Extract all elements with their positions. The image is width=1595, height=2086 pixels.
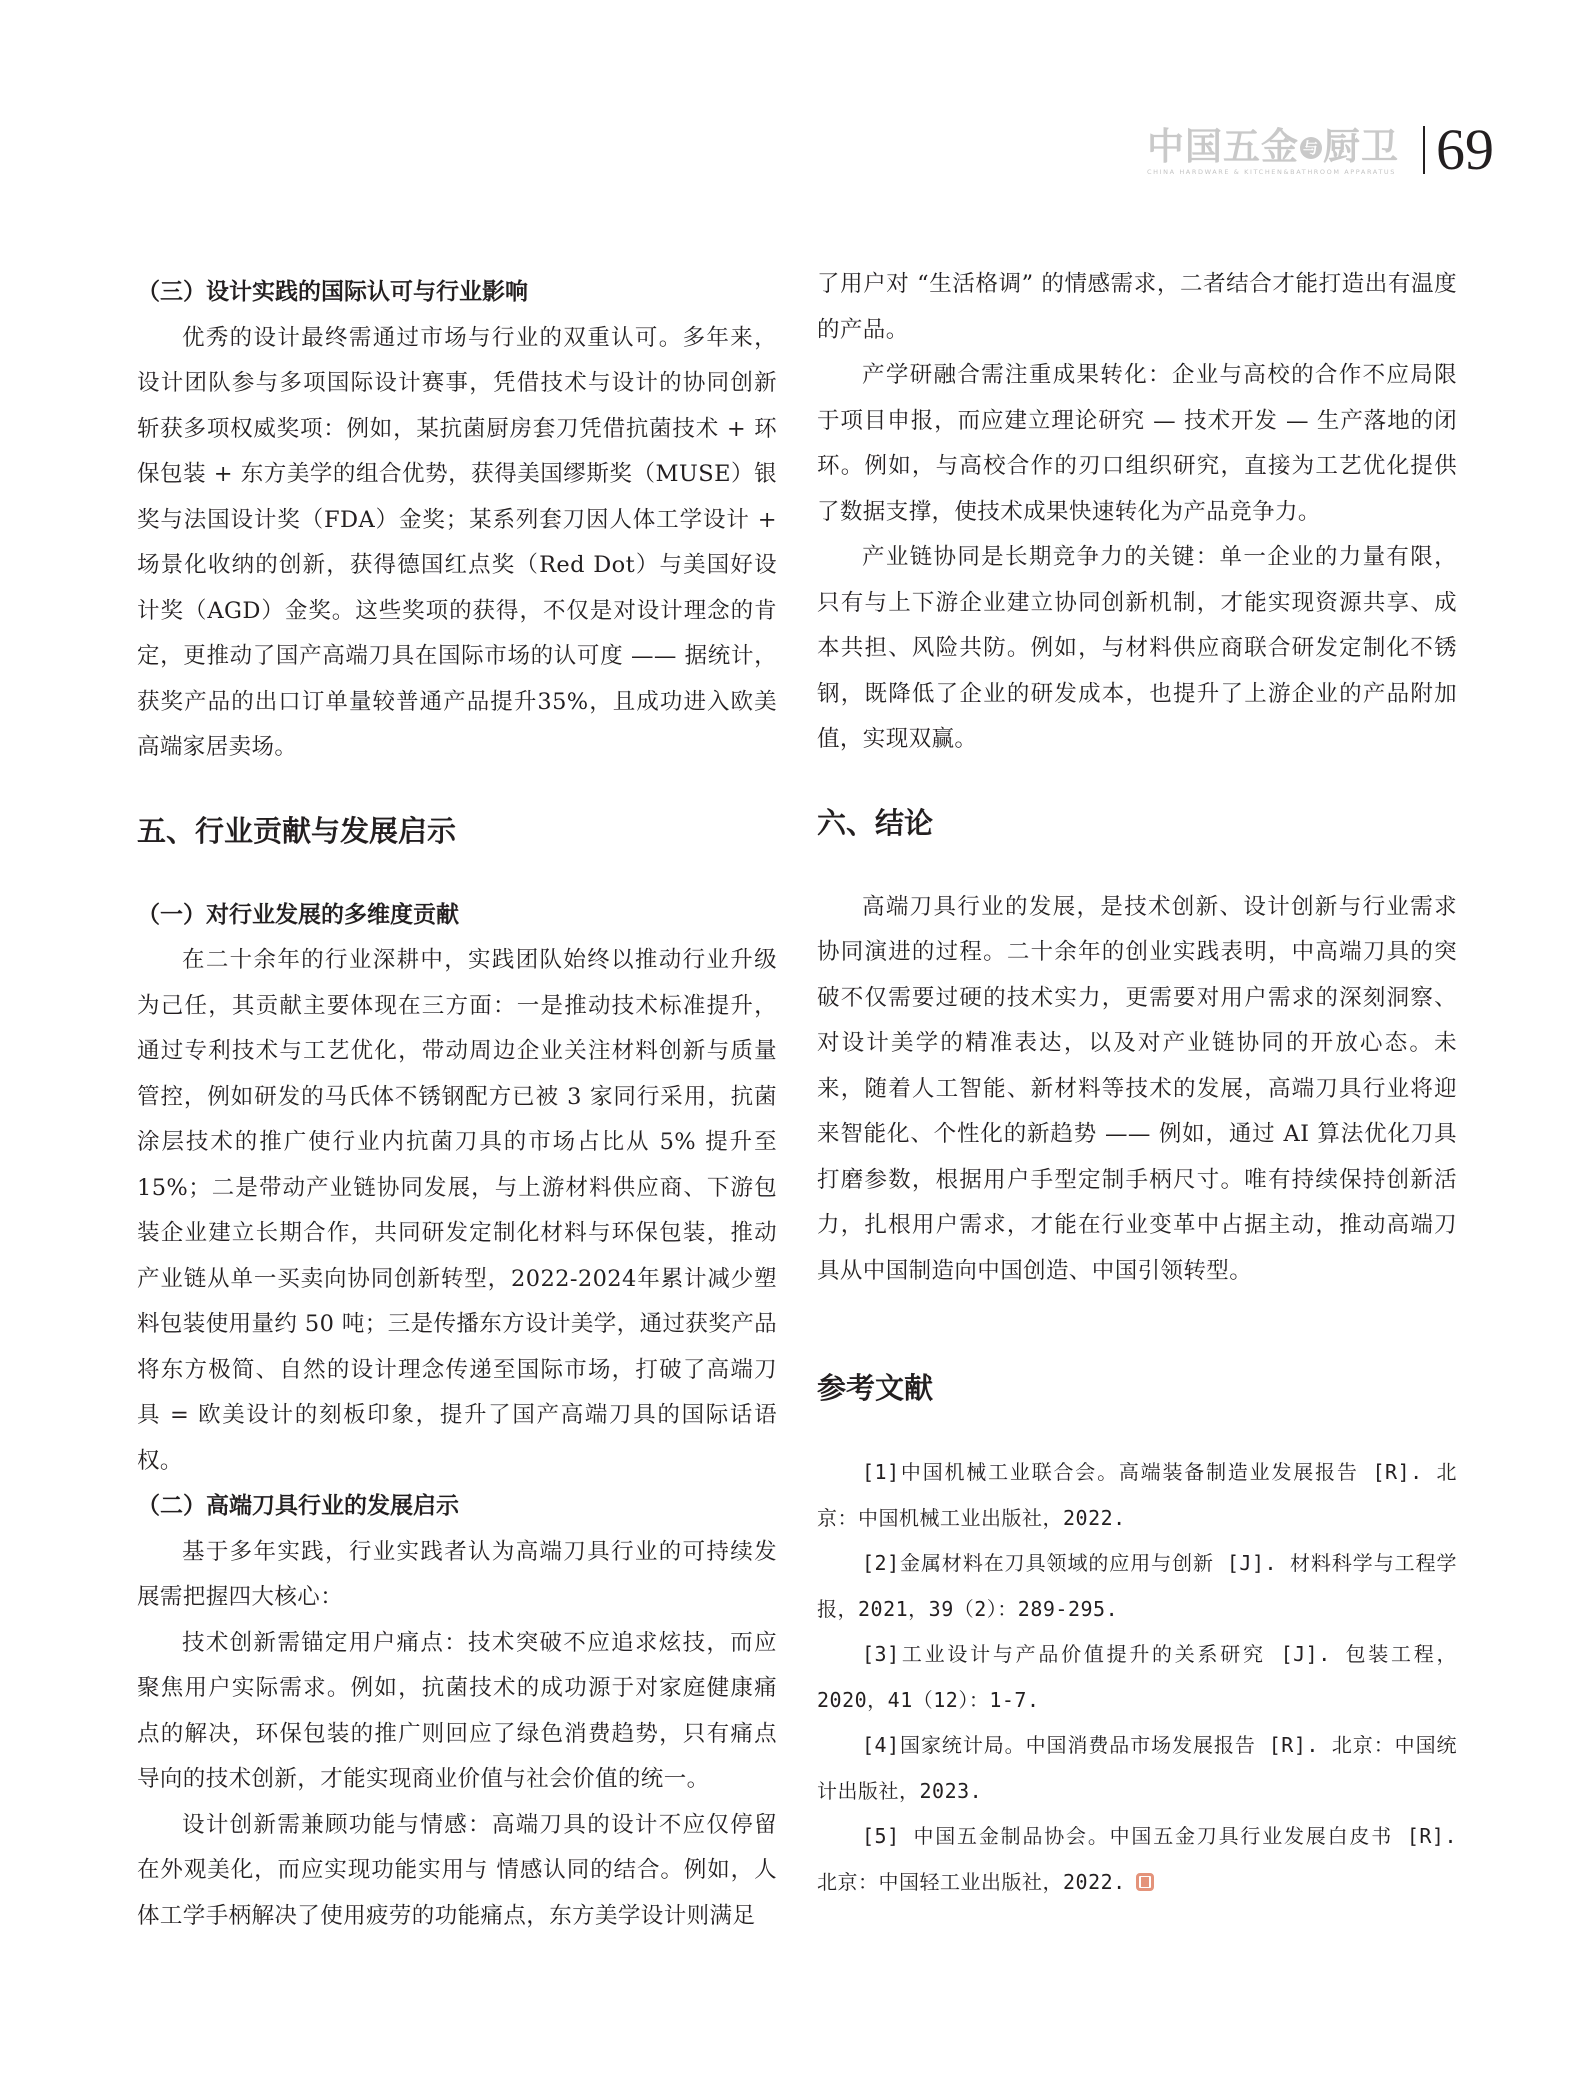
paragraph-four-cores-intro: 基于多年实践，行业实践者认为高端刀具行业的可持续发展需把握四大核心： (137, 1530, 777, 1621)
header-divider (1423, 126, 1425, 174)
reference-item-last: [5] 中国五金制品协会。中国五金刀具行业发展白皮书 [R]. 北京：中国轻工业… (817, 1814, 1457, 1905)
paragraph-tech-innovation: 技术创新需锚定用户痛点：技术突破不应追求炫技，而应聚焦用户实际需求。例如，抗菌技… (137, 1621, 777, 1803)
reference-item: [4]国家统计局。中国消费品市场发展报告 [R]. 北京：中国统计出版社，202… (817, 1723, 1457, 1814)
reference-item: [3]工业设计与产品价值提升的关系研究 [J]. 包装工程，2020，41（12… (817, 1632, 1457, 1723)
chapter-heading-5: 五、行业贡献与发展启示 (137, 811, 777, 851)
paragraph-design-continuation: 了用户对 “生活格调” 的情感需求，二者结合才能打造出有温度的产品。 (817, 262, 1457, 353)
paragraph-conclusion: 高端刀具行业的发展，是技术创新、设计创新与行业需求协同演进的过程。二十余年的创业… (817, 885, 1457, 1295)
paragraph-industry-academia: 产学研融合需注重成果转化：企业与高校的合作不应局限于项目申报，而应建立理论研究 … (817, 353, 1457, 535)
paragraph-industry-contribution: 在二十余年的行业深耕中，实践团队始终以推动行业升级为己任，其贡献主要体现在三方面… (137, 938, 777, 1484)
right-column: 了用户对 “生活格调” 的情感需求，二者结合才能打造出有温度的产品。 产学研融合… (817, 262, 1457, 1905)
article-end-mark-icon (1136, 1873, 1154, 1891)
paragraph-supply-chain: 产业链协同是长期竞争力的关键：单一企业的力量有限，只有与上下游企业建立协同创新机… (817, 535, 1457, 763)
logo-text-part1: 中国五金 (1147, 125, 1299, 168)
references-list: [1]中国机械工业联合会。高端装备制造业发展报告 [R]. 北京：中国机械工业出… (817, 1450, 1457, 1905)
chapter-heading-6: 六、结论 (817, 803, 1457, 843)
page-header: 中国五金与厨卫 CHINA HARDWARE & KITCHEN&BATHROO… (1140, 118, 1500, 188)
paragraph-international-recognition: 优秀的设计最终需通过市场与行业的双重认可。多年来，设计团队参与多项国际设计赛事，… (137, 316, 777, 771)
reference-item: [2]金属材料在刀具领域的应用与创新 [J]. 材料科学与工程学报，2021，3… (817, 1541, 1457, 1632)
subsection-heading-2: （二）高端刀具行业的发展启示 (137, 1484, 777, 1530)
magazine-logo: 中国五金与厨卫 CHINA HARDWARE & KITCHEN&BATHROO… (1147, 127, 1407, 176)
left-column: （三）设计实践的国际认可与行业影响 优秀的设计最终需通过市场与行业的双重认可。多… (137, 262, 777, 1939)
reference-item: [1]中国机械工业联合会。高端装备制造业发展报告 [R]. 北京：中国机械工业出… (817, 1450, 1457, 1541)
logo-english-subtitle: CHINA HARDWARE & KITCHEN&BATHROOM APPARA… (1147, 168, 1407, 176)
section-heading-3: （三）设计实践的国际认可与行业影响 (137, 270, 777, 316)
logo-connector-icon: 与 (1300, 137, 1322, 159)
references-heading: 参考文献 (817, 1368, 1457, 1408)
page-number: 69 (1436, 118, 1494, 182)
logo-text-part2: 厨卫 (1323, 125, 1399, 168)
paragraph-design-innovation: 设计创新需兼顾功能与情感：高端刀具的设计不应仅停留在外观美化，而应实现功能实用与… (137, 1803, 777, 1940)
subsection-heading-1: （一）对行业发展的多维度贡献 (137, 893, 777, 939)
